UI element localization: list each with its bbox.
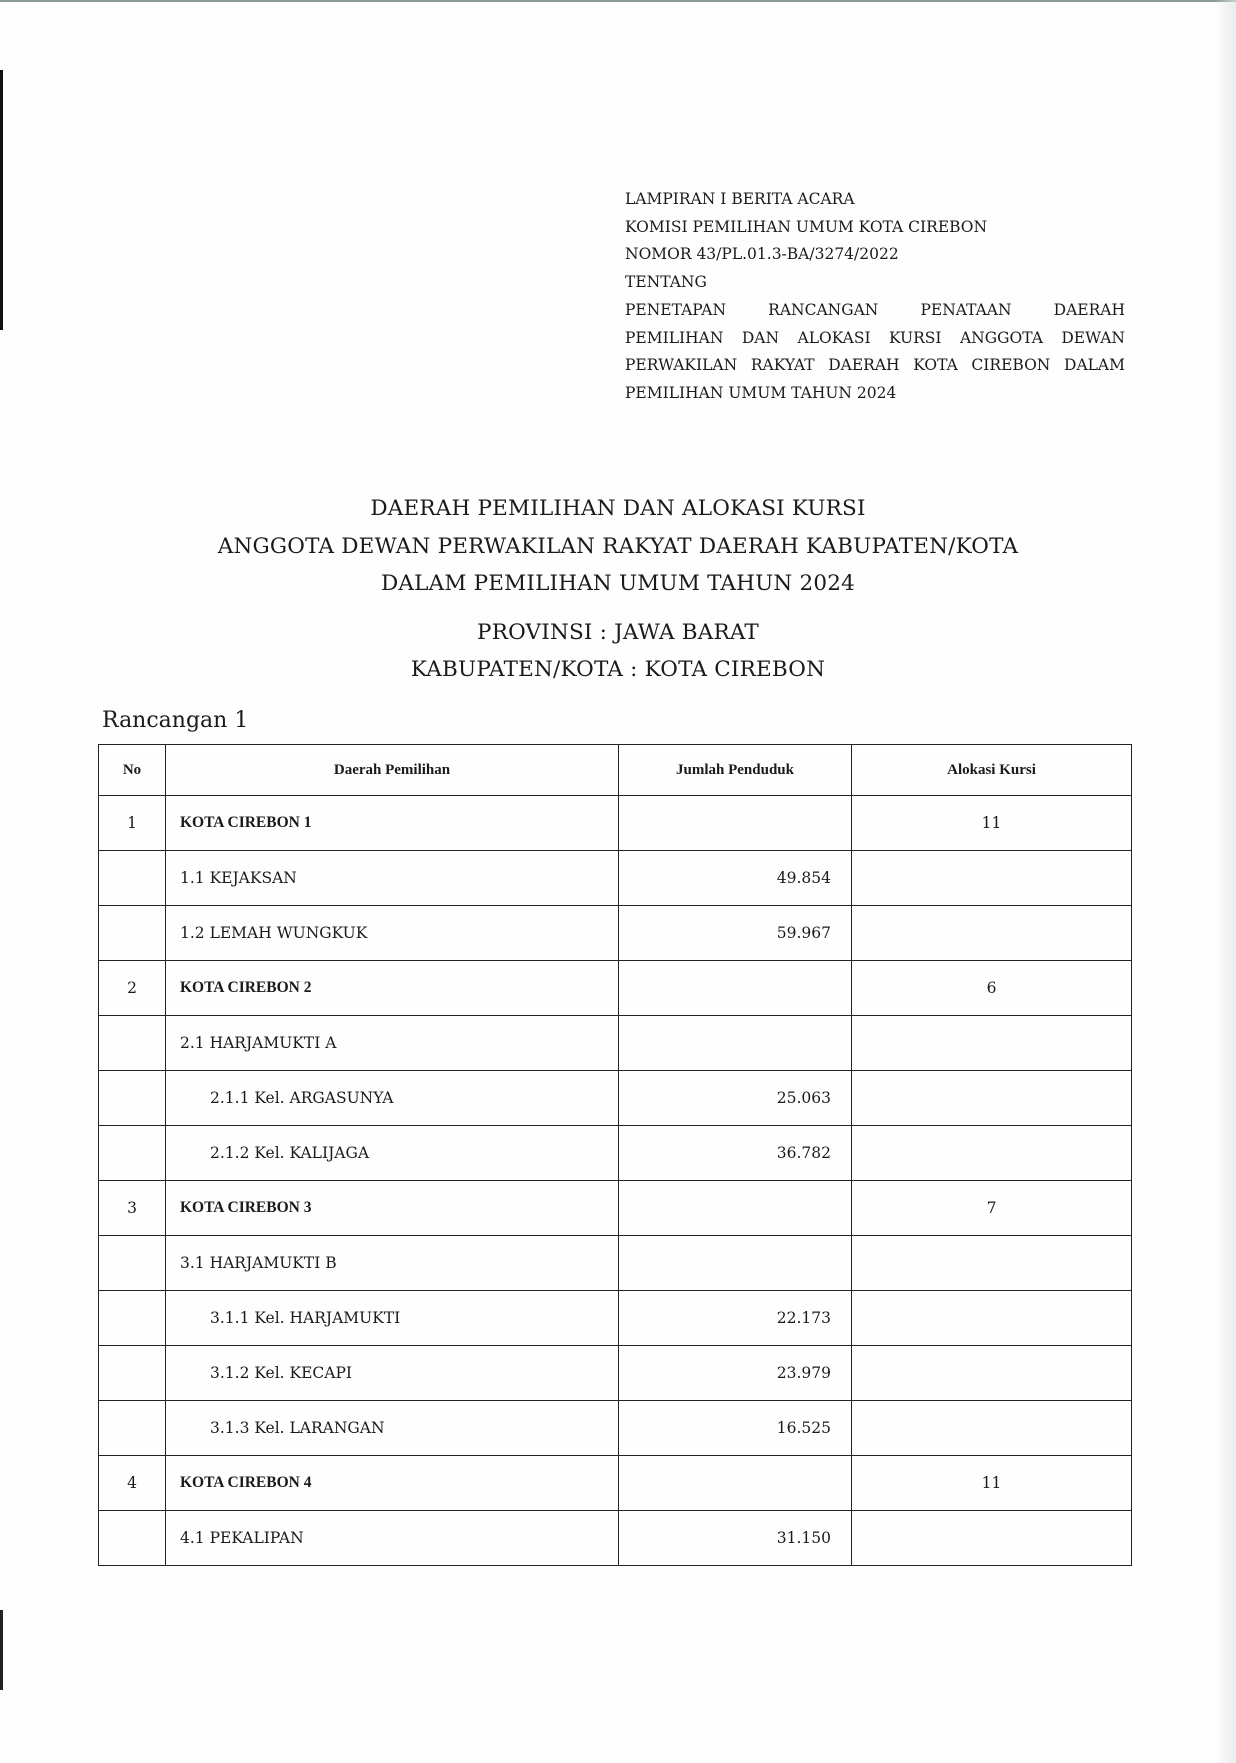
cell-penduduk (619, 1181, 852, 1236)
cell-daerah: 1.1 KEJAKSAN (166, 851, 619, 906)
cell-kursi (852, 1071, 1132, 1126)
kabupaten-label: KABUPATEN/KOTA : KOTA CIREBON (0, 657, 1236, 682)
cell-daerah: KOTA CIREBON 1 (166, 796, 619, 851)
cell-kursi (852, 1511, 1132, 1566)
dapil-row: 1KOTA CIREBON 111 (99, 796, 1132, 851)
dapil-table: No Daerah Pemilihan Jumlah Penduduk Alok… (98, 744, 1132, 1566)
cell-penduduk: 25.063 (619, 1071, 852, 1126)
cell-kursi (852, 1236, 1132, 1291)
cell-daerah: 2.1.2 Kel. KALIJAGA (166, 1126, 619, 1181)
lampiran-line: PEMILIHAN UMUM TAHUN 2024 (625, 380, 1125, 408)
lampiran-line: PENETAPAN RANCANGAN PENATAAN DAERAH (625, 297, 1125, 325)
cell-penduduk: 36.782 (619, 1126, 852, 1181)
column-header-penduduk: Jumlah Penduduk (619, 745, 852, 796)
table-row: 3.1.1 Kel. HARJAMUKTI22.173 (99, 1291, 1132, 1346)
cell-penduduk (619, 1016, 852, 1071)
cell-no (99, 906, 166, 961)
cell-penduduk: 31.150 (619, 1511, 852, 1566)
cell-daerah: 2.1.1 Kel. ARGASUNYA (166, 1071, 619, 1126)
cell-penduduk (619, 1456, 852, 1511)
cell-no (99, 1236, 166, 1291)
table-row: 3.1.2 Kel. KECAPI23.979 (99, 1346, 1132, 1401)
cell-no (99, 1346, 166, 1401)
lampiran-line: PERWAKILAN RAKYAT DAERAH KOTA CIREBON DA… (625, 352, 1125, 380)
table-row: 2.1.2 Kel. KALIJAGA36.782 (99, 1126, 1132, 1181)
table-row: 1.1 KEJAKSAN49.854 (99, 851, 1132, 906)
column-header-kursi: Alokasi Kursi (852, 745, 1132, 796)
scan-edge-left (0, 70, 3, 330)
lampiran-line: NOMOR 43/PL.01.3-BA/3274/2022 (625, 241, 1125, 269)
cell-no: 1 (99, 796, 166, 851)
cell-daerah: 3.1.3 Kel. LARANGAN (166, 1401, 619, 1456)
cell-penduduk (619, 961, 852, 1016)
lampiran-line: TENTANG (625, 269, 1125, 297)
cell-penduduk: 59.967 (619, 906, 852, 961)
cell-daerah: 3.1 HARJAMUKTI B (166, 1236, 619, 1291)
cell-penduduk (619, 1236, 852, 1291)
cell-daerah: 1.2 LEMAH WUNGKUK (166, 906, 619, 961)
cell-no (99, 1016, 166, 1071)
table-row: 3.1 HARJAMUKTI B (99, 1236, 1132, 1291)
cell-kursi: 6 (852, 961, 1132, 1016)
cell-no: 2 (99, 961, 166, 1016)
cell-kursi (852, 851, 1132, 906)
table-header-row: No Daerah Pemilihan Jumlah Penduduk Alok… (99, 745, 1132, 796)
cell-no: 3 (99, 1181, 166, 1236)
cell-kursi (852, 1291, 1132, 1346)
cell-daerah: 2.1 HARJAMUKTI A (166, 1016, 619, 1071)
provinsi-label: PROVINSI : JAWA BARAT (0, 620, 1236, 645)
dapil-row: 3KOTA CIREBON 37 (99, 1181, 1132, 1236)
cell-penduduk: 22.173 (619, 1291, 852, 1346)
cell-no (99, 1511, 166, 1566)
cell-daerah: KOTA CIREBON 4 (166, 1456, 619, 1511)
cell-daerah: KOTA CIREBON 2 (166, 961, 619, 1016)
document-title-line-1: DAERAH PEMILIHAN DAN ALOKASI KURSI (0, 496, 1236, 521)
cell-penduduk (619, 796, 852, 851)
scan-edge-left-lower (0, 1610, 3, 1690)
cell-no (99, 851, 166, 906)
cell-daerah: 4.1 PEKALIPAN (166, 1511, 619, 1566)
lampiran-line: KOMISI PEMILIHAN UMUM KOTA CIREBON (625, 214, 1125, 242)
scan-shadow-right (1214, 0, 1236, 1763)
dapil-row: 2KOTA CIREBON 26 (99, 961, 1132, 1016)
rancangan-label: Rancangan 1 (102, 708, 248, 733)
lampiran-line: LAMPIRAN I BERITA ACARA (625, 186, 1125, 214)
cell-no (99, 1401, 166, 1456)
document-title-line-2: ANGGOTA DEWAN PERWAKILAN RAKYAT DAERAH K… (0, 534, 1236, 559)
cell-daerah: 3.1.2 Kel. KECAPI (166, 1346, 619, 1401)
scan-edge-top (0, 0, 1236, 2)
cell-no: 4 (99, 1456, 166, 1511)
cell-penduduk: 23.979 (619, 1346, 852, 1401)
table-row: 2.1 HARJAMUKTI A (99, 1016, 1132, 1071)
table-row: 1.2 LEMAH WUNGKUK59.967 (99, 906, 1132, 961)
cell-daerah: KOTA CIREBON 3 (166, 1181, 619, 1236)
column-header-no: No (99, 745, 166, 796)
cell-no (99, 1291, 166, 1346)
table-row: 2.1.1 Kel. ARGASUNYA25.063 (99, 1071, 1132, 1126)
cell-kursi (852, 1346, 1132, 1401)
cell-kursi: 11 (852, 1456, 1132, 1511)
lampiran-header: LAMPIRAN I BERITA ACARA KOMISI PEMILIHAN… (625, 186, 1125, 408)
table-row: 4.1 PEKALIPAN31.150 (99, 1511, 1132, 1566)
table-row: 3.1.3 Kel. LARANGAN16.525 (99, 1401, 1132, 1456)
cell-no (99, 1126, 166, 1181)
cell-kursi (852, 1126, 1132, 1181)
lampiran-line: PEMILIHAN DAN ALOKASI KURSI ANGGOTA DEWA… (625, 325, 1125, 353)
column-header-daerah: Daerah Pemilihan (166, 745, 619, 796)
cell-penduduk: 16.525 (619, 1401, 852, 1456)
dapil-row: 4KOTA CIREBON 411 (99, 1456, 1132, 1511)
cell-kursi: 7 (852, 1181, 1132, 1236)
cell-no (99, 1071, 166, 1126)
cell-kursi (852, 906, 1132, 961)
cell-penduduk: 49.854 (619, 851, 852, 906)
cell-daerah: 3.1.1 Kel. HARJAMUKTI (166, 1291, 619, 1346)
cell-kursi: 11 (852, 796, 1132, 851)
cell-kursi (852, 1401, 1132, 1456)
document-title-line-3: DALAM PEMILIHAN UMUM TAHUN 2024 (0, 571, 1236, 596)
cell-kursi (852, 1016, 1132, 1071)
